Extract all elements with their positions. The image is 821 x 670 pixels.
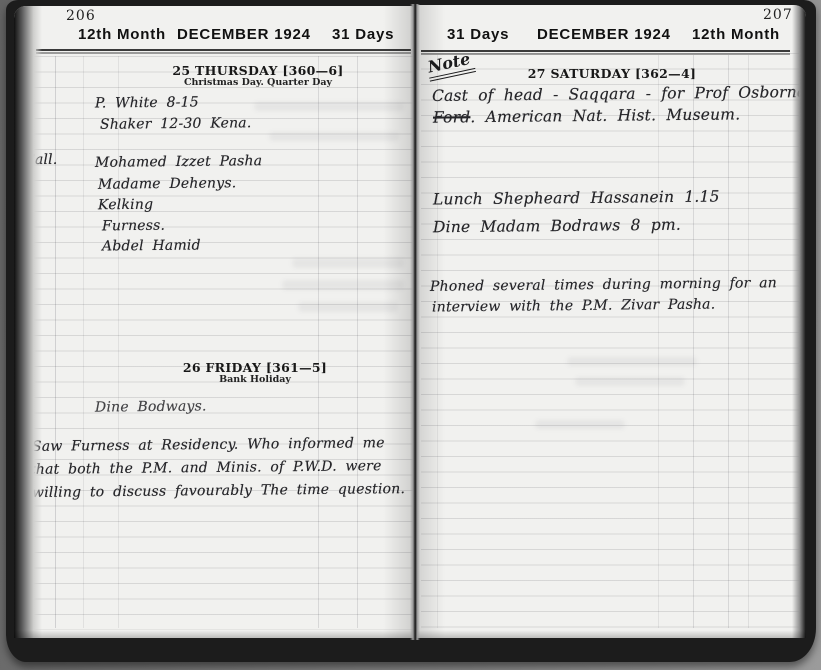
day-heading-25: 25 THURSDAY [360—6] bbox=[138, 63, 378, 78]
cash-column-line bbox=[728, 55, 729, 628]
day-heading-26: 26 FRIDAY [361—5] bbox=[135, 360, 375, 375]
margin-line bbox=[55, 56, 56, 628]
header-days: 31 Days bbox=[447, 26, 509, 43]
header-month-ordinal: 12th Month bbox=[692, 26, 780, 43]
bleed-through-mark bbox=[269, 132, 399, 141]
call-name: Madame Dehenys. bbox=[98, 175, 237, 192]
bleed-through-mark bbox=[254, 102, 404, 111]
day-subheading-26: Bank Holiday bbox=[135, 374, 375, 385]
book-binding bbox=[410, 4, 420, 640]
call-name: Furness. bbox=[102, 218, 165, 235]
header-month-ordinal: 12th Month bbox=[78, 26, 166, 43]
call-name: Mohamed Izzet Pasha bbox=[95, 153, 262, 171]
header-title: DECEMBER 1924 bbox=[177, 26, 311, 43]
cash-column-line bbox=[748, 55, 749, 628]
right-page: 207 31 Days DECEMBER 1924 12th Month 27 … bbox=[415, 5, 806, 638]
call-name: Kelking bbox=[98, 197, 153, 214]
cash-column-line bbox=[693, 55, 694, 628]
handwritten-note: Shaker 12-30 Kena. bbox=[100, 115, 252, 133]
cash-column-line bbox=[357, 56, 358, 628]
header-rule bbox=[421, 50, 790, 52]
cash-column-line bbox=[658, 55, 659, 628]
page-number: 207 bbox=[763, 7, 793, 23]
handwritten-note: P. White 8-15 bbox=[95, 94, 199, 111]
handwritten-note: Lunch Shepheard Hassanein 1.15 bbox=[433, 187, 720, 208]
page-stack-edge bbox=[792, 5, 806, 638]
handwritten-note: Ford. American Nat. Hist. Museum. bbox=[433, 105, 740, 126]
page-number: 206 bbox=[66, 8, 96, 24]
bleed-through-mark bbox=[535, 420, 625, 429]
handwritten-paragraph-line: interview with the P.M. Zivar Pasha. bbox=[432, 297, 715, 316]
handwritten-note-rest: . American Nat. Hist. Museum. bbox=[470, 105, 740, 126]
day-subheading-25: Christmas Day. Quarter Day bbox=[138, 77, 378, 88]
margin-line bbox=[83, 56, 84, 628]
ruled-lines bbox=[20, 56, 413, 630]
call-name: Abdel Hamid bbox=[102, 237, 201, 254]
day-heading-27: 27 SATURDAY [362—4] bbox=[492, 66, 732, 81]
handwritten-note: Dine Madam Bodraws 8 pm. bbox=[433, 216, 681, 237]
cash-column-line bbox=[318, 56, 319, 628]
left-page: 206 12th Month DECEMBER 1924 31 Days 25 … bbox=[14, 6, 413, 638]
handwritten-note: Dine Bodways. bbox=[95, 398, 207, 415]
page-stack-edge bbox=[14, 6, 42, 638]
margin-line bbox=[118, 56, 119, 628]
gutter-shadow bbox=[383, 6, 413, 638]
diary-scan: 206 12th Month DECEMBER 1924 31 Days 25 … bbox=[0, 0, 821, 670]
header-title: DECEMBER 1924 bbox=[537, 26, 671, 43]
header-rule bbox=[36, 49, 411, 51]
bleed-through-mark bbox=[567, 357, 697, 366]
bleed-through-mark bbox=[575, 377, 685, 386]
diary-book: 206 12th Month DECEMBER 1924 31 Days 25 … bbox=[6, 0, 816, 662]
